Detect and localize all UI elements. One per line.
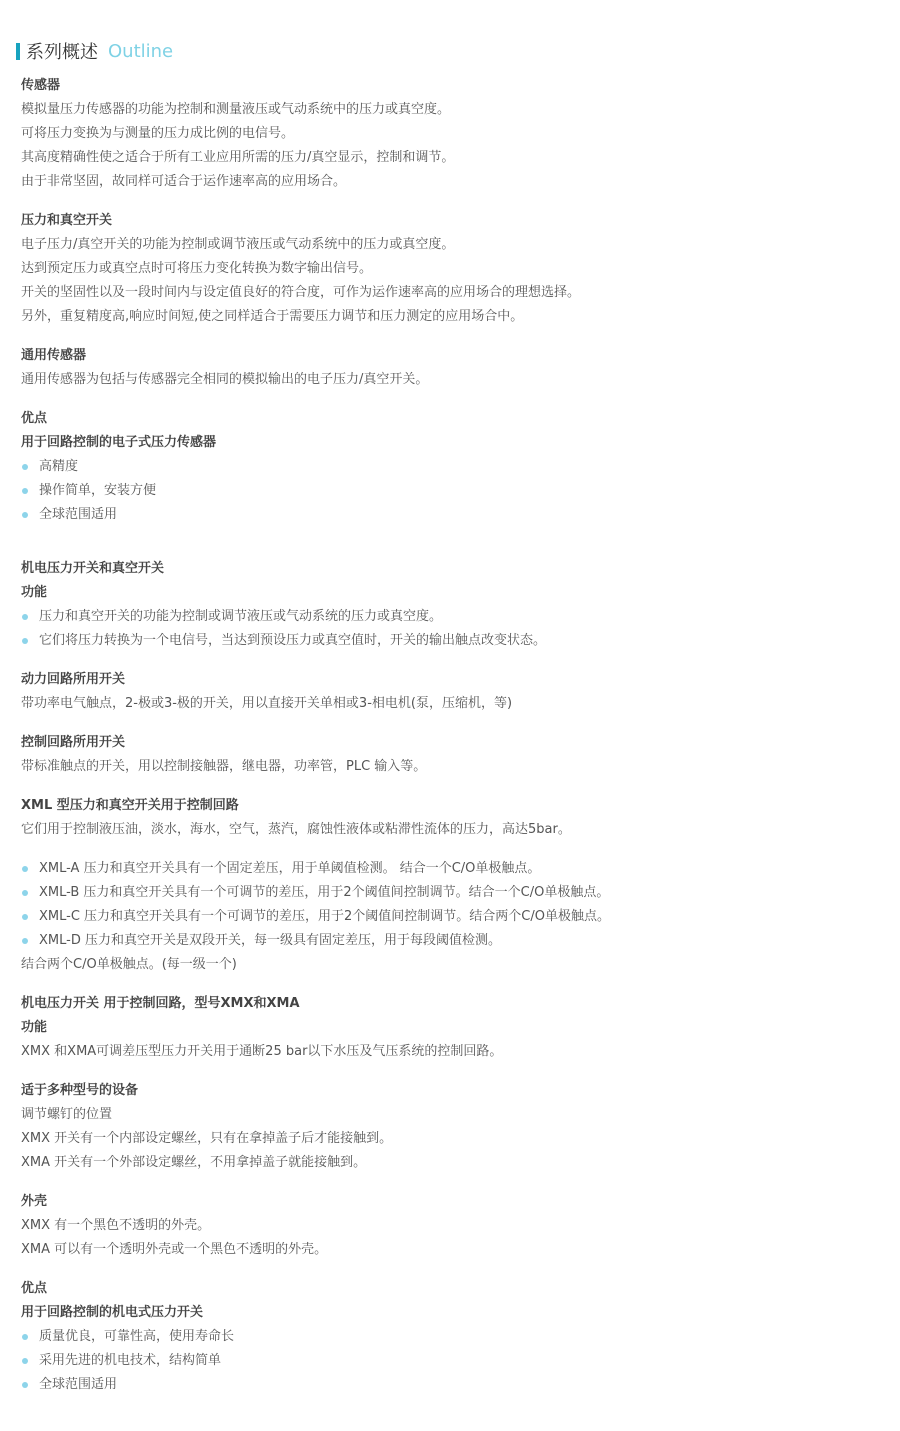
spacer bbox=[21, 527, 881, 557]
spacer bbox=[21, 1064, 881, 1079]
outline-content: 传感器 模拟量压力传感器的功能为控制和测量液压或气动系统中的压力或真空度。 可将… bbox=[21, 74, 881, 1397]
spacer bbox=[21, 194, 881, 209]
bullet-item: 它们将压力转换为一个电信号，当达到预设压力或真空值时，开关的输出触点改变状态。 bbox=[21, 629, 881, 653]
section-title: 系列概述 Outline bbox=[16, 39, 173, 63]
bullet-item: 全球范围适用 bbox=[21, 503, 881, 527]
spacer bbox=[21, 1175, 881, 1190]
paragraph-line: 其高度精确性使之适合于所有工业应用所需的压力/真空显示，控制和调节。 bbox=[21, 146, 881, 170]
spacer bbox=[21, 977, 881, 992]
section-heading: 外壳 bbox=[21, 1190, 881, 1214]
section-pressure-vacuum-switch: 压力和真空开关 电子压力/真空开关的功能为控制或调节液压或气动系统中的压力或真空… bbox=[21, 209, 881, 329]
section-heading: XML 型压力和真空开关用于控制回路 bbox=[21, 794, 881, 818]
section-electromech-switch: 机电压力开关和真空开关 功能 压力和真空开关的功能为控制或调节液压或气动系统的压… bbox=[21, 557, 881, 653]
paragraph-line: 另外，重复精度高,响应时间短,使之同样适合于需要压力调节和压力测定的应用场合中。 bbox=[21, 305, 881, 329]
title-english: Outline bbox=[108, 41, 173, 62]
paragraph-line: XMA 开关有一个外部设定螺丝，不用拿掉盖子就能接触到。 bbox=[21, 1151, 881, 1175]
section-housing: 外壳 XMX 有一个黑色不透明的外壳。 XMA 可以有一个透明外壳或一个黑色不透… bbox=[21, 1190, 881, 1262]
spacer bbox=[21, 392, 881, 407]
bullet-item: XML-C 压力和真空开关具有一个可调节的差压，用于2个阈值间控制调节。结合两个… bbox=[21, 905, 881, 929]
paragraph-line: XMX 开关有一个内部设定螺丝，只有在拿掉盖子后才能接触到。 bbox=[21, 1127, 881, 1151]
section-heading: 通用传感器 bbox=[21, 344, 881, 368]
spacer bbox=[21, 329, 881, 344]
section-heading: 优点 bbox=[21, 407, 881, 431]
bullet-item: XML-B 压力和真空开关具有一个可调节的差压，用于2个阈值间控制调节。结合一个… bbox=[21, 881, 881, 905]
paragraph-line: 由于非常坚固，故同样可适合于运作速率高的应用场合。 bbox=[21, 170, 881, 194]
section-control-circuit: 控制回路所用开关 带标准触点的开关，用以控制接触器，继电器，功率管，PLC 输入… bbox=[21, 731, 881, 779]
paragraph-line: 调节螺钉的位置 bbox=[21, 1103, 881, 1127]
title-chinese: 系列概述 bbox=[26, 38, 98, 64]
section-subheading: 功能 bbox=[21, 581, 881, 605]
section-sensor: 传感器 模拟量压力传感器的功能为控制和测量液压或气动系统中的压力或真空度。 可将… bbox=[21, 74, 881, 194]
paragraph-line: 它们用于控制液压油，淡水，海水，空气，蒸汽，腐蚀性液体或粘滞性流体的压力，高达5… bbox=[21, 818, 881, 842]
bullet-item: 高精度 bbox=[21, 455, 881, 479]
section-advantages-electromech: 优点 用于回路控制的机电式压力开关 质量优良，可靠性高，使用寿命长 采用先进的机… bbox=[21, 1277, 881, 1397]
paragraph-line: 达到预定压力或真空点时可将压力变化转换为数字输出信号。 bbox=[21, 257, 881, 281]
spacer bbox=[21, 842, 881, 857]
bullet-item: 采用先进的机电技术，结构简单 bbox=[21, 1349, 881, 1373]
section-power-circuit: 动力回路所用开关 带功率电气触点，2-极或3-极的开关，用以直接开关单相或3-相… bbox=[21, 668, 881, 716]
paragraph-line: 通用传感器为包括与传感器完全相同的模拟输出的电子压力/真空开关。 bbox=[21, 368, 881, 392]
bullet-item: 操作简单，安装方便 bbox=[21, 479, 881, 503]
spacer bbox=[21, 653, 881, 668]
bullet-item: 压力和真空开关的功能为控制或调节液压或气动系统的压力或真空度。 bbox=[21, 605, 881, 629]
section-heading: 机电压力开关 用于控制回路，型号XMX和XMA bbox=[21, 992, 881, 1016]
section-heading: 机电压力开关和真空开关 bbox=[21, 557, 881, 581]
section-advantages-electronic: 优点 用于回路控制的电子式压力传感器 高精度 操作简单，安装方便 全球范围适用 bbox=[21, 407, 881, 527]
section-xml: XML 型压力和真空开关用于控制回路 它们用于控制液压油，淡水，海水，空气，蒸汽… bbox=[21, 794, 881, 977]
bullet-item: 质量优良，可靠性高，使用寿命长 bbox=[21, 1325, 881, 1349]
section-xmx-xma: 机电压力开关 用于控制回路，型号XMX和XMA 功能 XMX 和XMA可调差压型… bbox=[21, 992, 881, 1064]
title-accent-bar bbox=[16, 43, 20, 60]
section-subheading: 用于回路控制的电子式压力传感器 bbox=[21, 431, 881, 455]
paragraph-line: 带标准触点的开关，用以控制接触器，继电器，功率管，PLC 输入等。 bbox=[21, 755, 881, 779]
section-heading: 传感器 bbox=[21, 74, 881, 98]
spacer bbox=[21, 1262, 881, 1277]
paragraph-line: XMX 和XMA可调差压型压力开关用于通断25 bar以下水压及气压系统的控制回… bbox=[21, 1040, 881, 1064]
spacer bbox=[21, 716, 881, 731]
section-heading: 控制回路所用开关 bbox=[21, 731, 881, 755]
bullet-item: XML-A 压力和真空开关具有一个固定差压，用于单阈值检测。 结合一个C/O单极… bbox=[21, 857, 881, 881]
paragraph-line: 开关的坚固性以及一段时间内与设定值良好的符合度，可作为运作速率高的应用场合的理想… bbox=[21, 281, 881, 305]
section-multi-model: 适于多种型号的设备 调节螺钉的位置 XMX 开关有一个内部设定螺丝，只有在拿掉盖… bbox=[21, 1079, 881, 1175]
section-heading: 动力回路所用开关 bbox=[21, 668, 881, 692]
section-universal-sensor: 通用传感器 通用传感器为包括与传感器完全相同的模拟输出的电子压力/真空开关。 bbox=[21, 344, 881, 392]
section-heading: 压力和真空开关 bbox=[21, 209, 881, 233]
section-subheading: 功能 bbox=[21, 1016, 881, 1040]
section-heading: 优点 bbox=[21, 1277, 881, 1301]
paragraph-line: XMX 有一个黑色不透明的外壳。 bbox=[21, 1214, 881, 1238]
spacer bbox=[21, 779, 881, 794]
bullet-item: XML-D 压力和真空开关是双段开关，每一级具有固定差压，用于每段阈值检测。 bbox=[21, 929, 881, 953]
paragraph-line: 电子压力/真空开关的功能为控制或调节液压或气动系统中的压力或真空度。 bbox=[21, 233, 881, 257]
bullet-item: 全球范围适用 bbox=[21, 1373, 881, 1397]
paragraph-line: 结合两个C/O单极触点。(每一级一个) bbox=[21, 953, 881, 977]
paragraph-line: 可将压力变换为与测量的压力成比例的电信号。 bbox=[21, 122, 881, 146]
section-subheading: 用于回路控制的机电式压力开关 bbox=[21, 1301, 881, 1325]
paragraph-line: XMA 可以有一个透明外壳或一个黑色不透明的外壳。 bbox=[21, 1238, 881, 1262]
section-heading: 适于多种型号的设备 bbox=[21, 1079, 881, 1103]
paragraph-line: 模拟量压力传感器的功能为控制和测量液压或气动系统中的压力或真空度。 bbox=[21, 98, 881, 122]
paragraph-line: 带功率电气触点，2-极或3-极的开关，用以直接开关单相或3-相电机(泵，压缩机，… bbox=[21, 692, 881, 716]
